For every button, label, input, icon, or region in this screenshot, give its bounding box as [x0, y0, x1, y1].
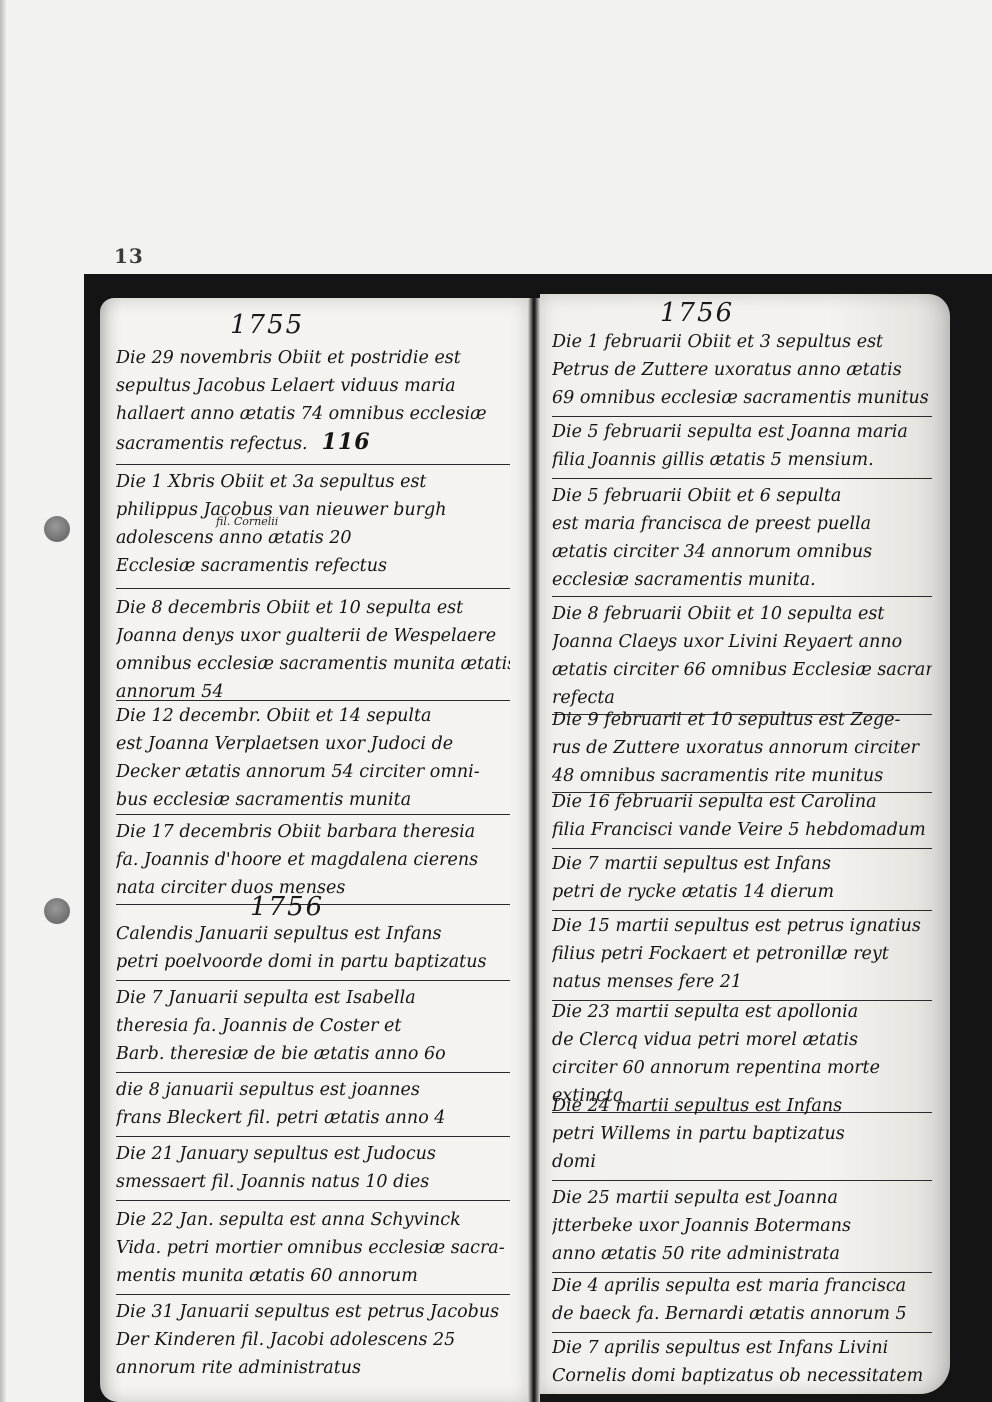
burial-entry: fil. Cornelii Die 1 Xbris Obiit et 3a se… [116, 468, 510, 589]
burial-entry: Die 5 februarii sepulta est Joanna maria… [552, 418, 932, 479]
burial-entry: Die 15 martii sepultus est petrus ignati… [552, 912, 932, 1001]
burial-entry: Die 9 februarii et 10 sepultus est Zege-… [552, 706, 932, 793]
burial-entry: Die 1 februarii Obiit et 3 sepultus est … [552, 328, 932, 417]
burial-entry: Die 7 aprilis sepultus est Infans Livini… [552, 1334, 932, 1394]
burial-entry: Die 31 Januarii sepultus est petrus Jaco… [116, 1298, 510, 1386]
burial-entry: die 8 januarii sepultus est joannes fran… [116, 1076, 510, 1137]
burial-entry: Die 24 martii sepultus est Infans petri … [552, 1092, 932, 1181]
binder-punch-hole [44, 516, 70, 542]
burial-entry: Calendis Januarii sepultus est Infans pe… [116, 920, 510, 981]
book-gutter [528, 298, 540, 1402]
burial-entry: Die 7 Januarii sepulta est Isabella ther… [116, 984, 510, 1073]
year-heading: 1756 [660, 298, 734, 328]
burial-entry: Die 16 februarii sepulta est Carolina fi… [552, 788, 932, 849]
year-heading: 1756 [250, 892, 324, 922]
interlinear-note: fil. Cornelii [216, 516, 278, 528]
burial-entry: Die 21 January sepultus est Judocus smes… [116, 1140, 510, 1201]
burial-entry: Die 8 decembris Obiit et 10 sepulta est … [116, 594, 510, 701]
folio-number: 13 [114, 244, 144, 268]
burial-entry: Die 22 Jan. sepulta est anna Schyvinck V… [116, 1206, 510, 1295]
burial-entry: Die 5 februarii Obiit et 6 sepulta est m… [552, 482, 932, 597]
burial-entry: Die 4 aprilis sepulta est maria francisc… [552, 1272, 932, 1333]
burial-entry: Die 7 martii sepultus est Infans petri d… [552, 850, 932, 911]
register-page-left: 1755 Die 29 novembris Obiit et postridie… [100, 298, 528, 1402]
sheet-edge [0, 0, 6, 1402]
burial-entry: Die 25 martii sepulta est Joanna jtterbe… [552, 1184, 932, 1273]
year-heading: 1755 [230, 310, 304, 340]
burial-entry: Die 8 februarii Obiit et 10 sepulta est … [552, 600, 932, 715]
binder-punch-hole [44, 898, 70, 924]
register-page-right: 1756 Die 1 februarii Obiit et 3 sepultus… [540, 294, 950, 1394]
burial-entry: Die 29 novembris Obiit et postridie est … [116, 344, 510, 465]
entry-number: 116 [322, 429, 371, 455]
burial-entry: Die 12 decembr. Obiit et 14 sepulta est … [116, 702, 510, 815]
